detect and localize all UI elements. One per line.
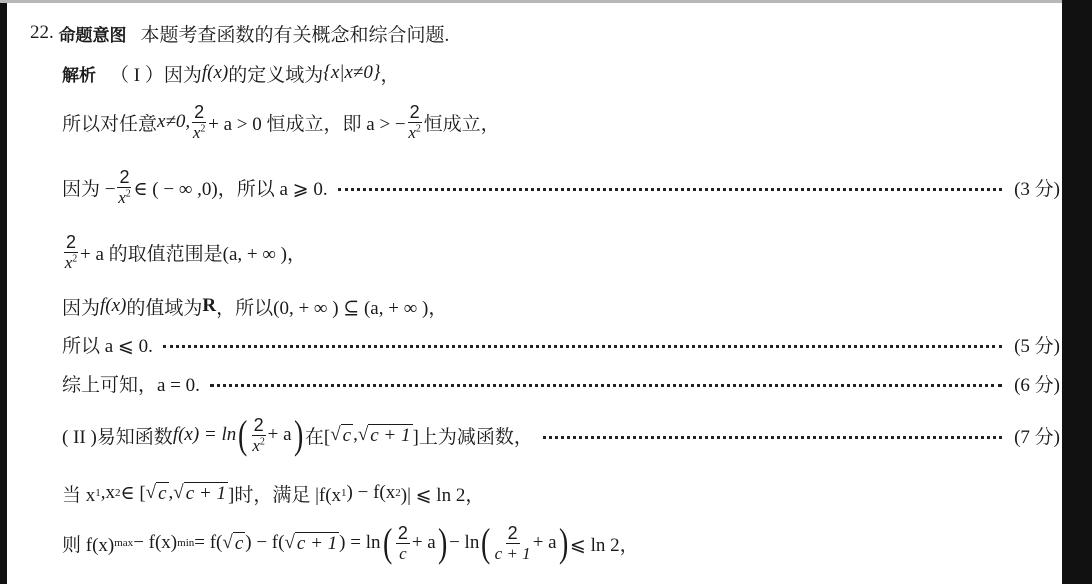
numerator: 2 [192,103,206,123]
text: 的值域为 [126,293,202,320]
numerator: 2 [396,524,410,544]
text: ]上为减函数， [413,422,533,449]
sqrt: √c [330,424,353,447]
denominator: c + 1 [495,544,531,562]
math-fx: f(x) = ln [173,424,236,446]
sqrt: √c + 1 [358,424,413,447]
text: 所以 a ⩽ 0. [62,331,153,358]
radicand: c + 1 [368,424,412,447]
text: ]时，满足 |f(x [228,480,341,507]
text: = f( [194,532,222,554]
sqrt: √c + 1 [284,532,339,555]
score-label: (5 分) [1014,331,1060,358]
radicand: c [233,532,245,555]
text: 在[ [305,422,330,449]
intent-text: 本题考查函数的有关概念和综合问题. [141,20,450,47]
text: ， [380,60,399,87]
sqrt: √c [146,482,169,505]
text: + a [268,424,292,446]
subscript-min: min [177,537,194,549]
score-label: (6 分) [1014,370,1060,397]
top-border [0,0,1062,3]
exponent: 2 [260,436,265,447]
dotted-leader [543,436,1002,439]
exponent: 2 [200,123,205,134]
numerator: 2 [64,233,78,253]
dotted-leader [210,384,1002,387]
math: x≠0, [157,111,190,133]
denominator: x2 [65,253,78,271]
den-base: x [408,123,416,142]
radicand: c [341,424,353,447]
analysis-label: 解析 [62,61,96,86]
exponent: 2 [416,123,421,134]
text: + a [533,532,557,554]
text: 所以对任意 [62,109,157,136]
analysis-line-5: 因为f(x)的值域为 R，所以(0, + ∞ ) ⊆ (a, + ∞ )， [62,286,447,326]
analysis-line-2: 所以对任意 x≠0, 2x2 + a > 0 恒成立，即 a > − 2x2 恒… [62,102,500,142]
left-paren: ( [481,523,490,563]
real-set-symbol: R [202,295,216,317]
text: 因为 − [62,174,115,201]
analysis-line-9: 当 x1 ,x2 ∈ [√c, √c + 1 ]时，满足 |f(x1) − f(… [62,473,484,513]
math-set: {x|x≠0} [323,62,380,84]
text: 因为 [62,293,100,320]
intent-label: 命题意图 [59,21,127,46]
text: 的定义域为 [228,60,323,87]
dotted-leader [163,345,1002,348]
text: − f(x) [133,532,177,554]
left-paren: ( [238,415,247,455]
analysis-line-8: ( II )易知函数 f(x) = ln ( 2x2 + a ) 在[√c, √… [62,415,1060,455]
fraction: 2c [396,524,410,562]
text: ) − f( [245,532,284,554]
analysis-line-10: 则 f(x)max − f(x)min = f(√c) − f(√c + 1) … [62,523,639,563]
denominator: c [399,544,407,562]
part-label: （ I ） [110,60,164,87]
exponent: 2 [126,188,131,199]
score-label: (3 分) [1014,174,1060,201]
text: ) = ln [339,532,380,554]
text: )| ⩽ ln 2， [401,480,485,507]
numerator: 2 [117,168,131,188]
text: 综上可知，a = 0. [62,370,200,397]
text: + a [412,532,436,554]
right-frame-panel [1062,0,1092,584]
left-frame-strip [0,3,7,584]
analysis-line-3: 因为 − 2x2 ∈ ( − ∞ ,0)，所以 a ⩾ 0. (3 分) [62,167,1060,207]
numerator: 2 [252,416,266,436]
right-paren: ) [294,415,303,455]
text: ) − f(x [347,482,396,504]
math-fx: f(x) [100,295,126,317]
denominator: x2 [252,436,265,454]
text: ⩽ ln 2， [570,530,639,557]
text: + a > 0 恒成立，即 a > − [208,109,405,136]
fraction: 2x2 [408,103,422,141]
radicand: c + 1 [184,482,228,505]
analysis-line-4: 2x2 + a 的取值范围是(a, + ∞ )， [62,232,306,272]
math-fx: f(x) [202,62,228,84]
fraction: 2x2 [192,103,206,141]
text: 则 f(x) [62,530,114,557]
denominator: x2 [408,123,421,141]
right-paren: ) [438,523,447,563]
fraction: 2x2 [64,233,78,271]
left-paren: ( [382,523,391,563]
numerator: 2 [506,524,520,544]
analysis-line-7: 综上可知，a = 0. (6 分) [62,363,1060,403]
right-paren: ) [559,523,568,563]
fraction: 2x2 [252,416,266,454]
text: ,x [101,482,115,504]
text: 恒成立， [424,109,500,136]
score-label: (7 分) [1014,422,1060,449]
text: ( II )易知函数 [62,422,173,449]
denominator: x2 [118,188,131,206]
analysis-line-1: 解析 （ I ）因为f(x)的定义域为{x|x≠0}， [62,53,399,93]
den-base: x [118,188,126,207]
subscript-max: max [114,537,133,549]
den-base: x [252,436,260,455]
text: 当 x [62,480,95,507]
fraction: 2c + 1 [495,524,531,562]
text: ，所以(0, + ∞ ) ⊆ (a, + ∞ )， [216,293,447,320]
problem-header: 22. 命题意图本题考查函数的有关概念和综合问题. [30,13,449,53]
fraction: 2x2 [117,168,131,206]
analysis-line-6: 所以 a ⩽ 0. (5 分) [62,324,1060,364]
exponent: 2 [72,253,77,264]
radicand: c + 1 [295,532,339,555]
text: ∈ ( − ∞ ,0)，所以 a ⩾ 0. [133,174,327,201]
problem-number: 22. [30,22,54,44]
text: − ln [449,532,479,554]
denominator: x2 [193,123,206,141]
text: 因为 [164,60,202,87]
sqrt: √c [222,532,245,555]
dotted-leader [338,188,1003,191]
radicand: c [156,482,168,505]
text: + a 的取值范围是(a, + ∞ )， [80,239,306,266]
sqrt: √c + 1 [173,482,228,505]
numerator: 2 [408,103,422,123]
text: ∈ [ [121,482,146,505]
